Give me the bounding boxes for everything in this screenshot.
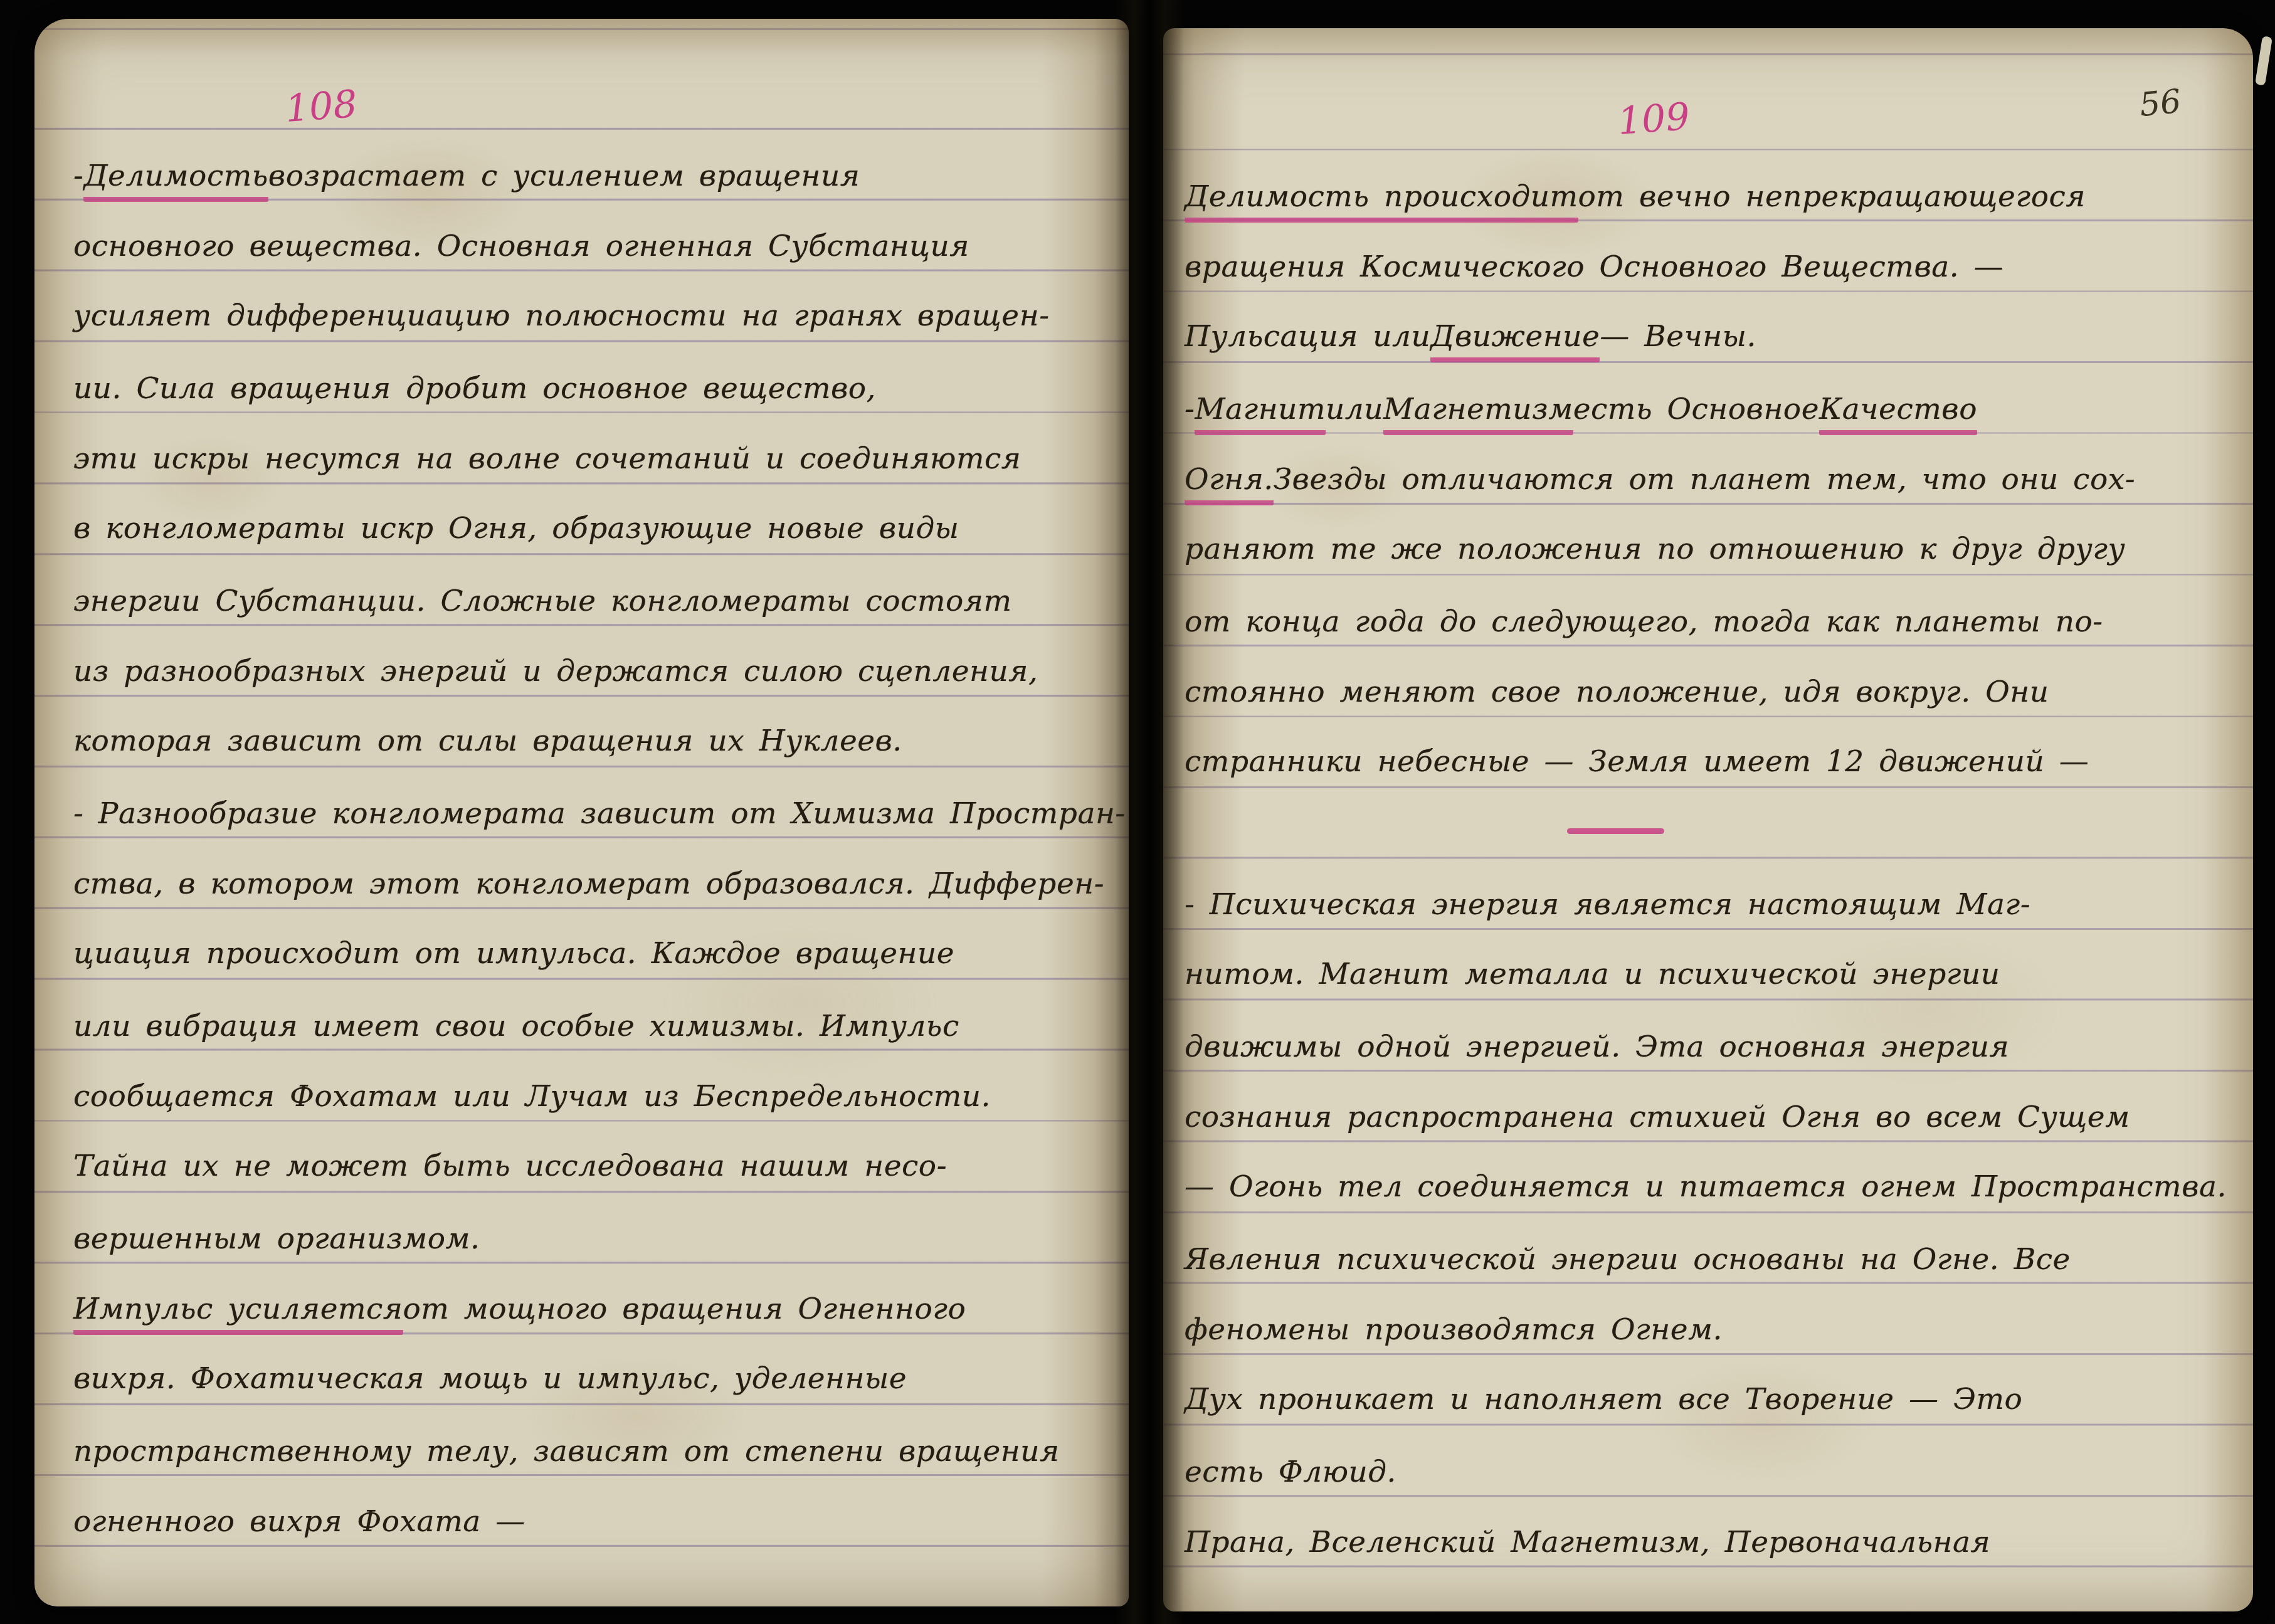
handwriting-text: раняют те же положения по отношению к др… xyxy=(1185,532,2125,566)
handwriting-text: ства, в котором этот конгломерат образов… xyxy=(73,867,1104,901)
manuscript-line: в конгломераты искр Огня, образующие нов… xyxy=(73,481,1121,552)
right-page: 109 56 Делимость происходит от вечно неп… xyxy=(1163,28,2253,1611)
handwriting-text: — Вечны. xyxy=(1600,319,1756,354)
manuscript-line: эти искры несутся на волне сочетаний и с… xyxy=(73,411,1121,482)
manuscript-line: Импульс усиляется от мощного вращения Ог… xyxy=(73,1262,1121,1332)
handwriting-text: от конца года до следующего, тогда как п… xyxy=(1185,604,2103,639)
handwriting-text: нитом. Магнит металла и психической энер… xyxy=(1185,957,2000,991)
pink-underlined-text: Импульс усиляется xyxy=(73,1292,403,1335)
manuscript-line: Дух проникает и наполняет все Творение —… xyxy=(1185,1352,2243,1423)
pink-underlined-text: Движение xyxy=(1430,319,1600,362)
adjacent-page-edge xyxy=(2255,36,2272,86)
manuscript-line: энергии Субстанции. Сложные конгломераты… xyxy=(73,554,1121,625)
handwriting-text: из разнообразных энергий и держатся сило… xyxy=(73,654,1038,688)
pink-underlined-text: Магнит xyxy=(1195,392,1326,435)
manuscript-line: или вибрация имеет свои особые химизмы. … xyxy=(73,979,1121,1050)
manuscript-line: Пульсация или Движение — Вечны. xyxy=(1185,289,2243,360)
manuscript-line: усиляет дифференциацию полюсности на гра… xyxy=(73,268,1121,339)
manuscript-line: вихря. Фохатическая мощь и импульс, удел… xyxy=(73,1331,1121,1402)
manuscript-line: - Разнообразие конгломерата зависит от Х… xyxy=(73,766,1121,837)
handwriting-text: - Разнообразие конгломерата зависит от Х… xyxy=(73,796,1126,831)
handwriting-text: есть Флюид. xyxy=(1185,1455,1396,1489)
manuscript-line: есть Флюид. xyxy=(1185,1425,2243,1495)
right-page-lines: Делимость происходит от вечно непрекраща… xyxy=(1185,149,2243,1566)
handwriting-text: сообщается Фохатам или Лучам из Беспреде… xyxy=(73,1079,991,1114)
handwriting-text: вершенным организмом. xyxy=(73,1221,480,1256)
handwriting-text: которая зависит от силы вращения их Нукл… xyxy=(73,724,902,758)
handwriting-text: Прана, Вселенский Магнетизм, Первоначаль… xyxy=(1185,1525,1990,1559)
pink-separator-dash xyxy=(1567,828,1664,834)
handwriting-text: или вибрация имеет свои особые химизмы. … xyxy=(73,1009,959,1043)
handwriting-text: — Огонь тел соединяется и питается огнем… xyxy=(1185,1169,2227,1204)
left-page-lines: - Делимость возрастает с усилением враще… xyxy=(73,128,1121,1545)
handwriting-text: - xyxy=(1185,392,1195,426)
handwriting-text: огненного вихря Фохата — xyxy=(73,1504,525,1539)
handwriting-text: - xyxy=(73,159,83,193)
handwriting-text: Дух проникает и наполняет все Творение —… xyxy=(1185,1382,2022,1416)
page-gutter xyxy=(1115,0,1184,1624)
handwriting-text: есть Основное xyxy=(1573,392,1819,426)
left-page-number: 108 xyxy=(284,82,359,131)
handwriting-text: феномены производятся Огнем. xyxy=(1185,1312,1723,1347)
manuscript-line: ии. Сила вращения дробит основное вещест… xyxy=(73,341,1121,412)
handwriting-text: - Психическая энергия является настоящим… xyxy=(1185,887,2030,922)
manuscript-line: циация происходит от импульса. Каждое вр… xyxy=(73,906,1121,977)
handwriting-text: циация происходит от импульса. Каждое вр… xyxy=(73,936,954,971)
manuscript-line: - Магнит или Магнетизм есть Основное Кач… xyxy=(1185,362,2243,433)
manuscript-line: ства, в котором этот конгломерат образов… xyxy=(73,836,1121,907)
handwriting-text: Явления психической энергии основаны на … xyxy=(1185,1242,2071,1277)
manuscript-line: Делимость происходит от вечно непрекраща… xyxy=(1185,149,2243,220)
handwriting-text: сознания распространена стихией Огня во … xyxy=(1185,1100,2130,1134)
handwriting-text: или xyxy=(1326,392,1383,426)
pink-underlined-text: Качество xyxy=(1819,392,1977,435)
handwriting-text: вращения Космического Основного Вещества… xyxy=(1185,250,2003,284)
manuscript-line: нитом. Магнит металла и психической энер… xyxy=(1185,927,2243,998)
notebook-scan: 108 - Делимость возрастает с усилением в… xyxy=(0,0,2275,1624)
manuscript-line: Явления психической энергии основаны на … xyxy=(1185,1212,2243,1283)
handwriting-text: ии. Сила вращения дробит основное вещест… xyxy=(73,371,876,406)
manuscript-line: пространственному телу, зависят от степе… xyxy=(73,1404,1121,1475)
pink-underlined-text: Делимость xyxy=(83,159,268,202)
handwriting-text: Пульсация или xyxy=(1185,319,1430,354)
handwriting-text: от вечно непрекращающегося xyxy=(1578,179,2086,214)
handwriting-text: движимы одной энергией. Эта основная эне… xyxy=(1185,1030,2009,1064)
left-page: 108 - Делимость возрастает с усилением в… xyxy=(34,19,1129,1606)
manuscript-line: сообщается Фохатам или Лучам из Беспреде… xyxy=(73,1049,1121,1120)
handwriting-text: вихря. Фохатическая мощь и импульс, удел… xyxy=(73,1361,907,1396)
handwriting-text: Тайна их не может быть исследована нашим… xyxy=(73,1149,947,1183)
manuscript-line: которая зависит от силы вращения их Нукл… xyxy=(73,693,1121,764)
manuscript-line: от конца года до следующего, тогда как п… xyxy=(1185,574,2243,645)
pink-underlined-text: Делимость происходит xyxy=(1185,179,1578,223)
handwriting-text: в конгломераты искр Огня, образующие нов… xyxy=(73,511,959,546)
handwriting-text: от мощного вращения Огненного xyxy=(403,1292,966,1326)
manuscript-line: - Делимость возрастает с усилением враще… xyxy=(73,129,1121,199)
pink-underlined-text: Огня. xyxy=(1185,462,1274,505)
manuscript-line: странники небесные — Земля имеет 12 движ… xyxy=(1185,714,2243,785)
manuscript-line: сознания распространена стихией Огня во … xyxy=(1185,1070,2243,1141)
corner-number: 56 xyxy=(2138,83,2183,125)
handwriting-text: возрастает с усилением вращения xyxy=(268,159,860,193)
handwriting-text: странники небесные — Земля имеет 12 движ… xyxy=(1185,744,2089,779)
manuscript-line: движимы одной энергией. Эта основная эне… xyxy=(1185,999,2243,1070)
manuscript-line xyxy=(1185,787,2243,858)
manuscript-line: — Огонь тел соединяется и питается огнем… xyxy=(1185,1139,2243,1210)
handwriting-text: Звезды отличаются от планет тем, что они… xyxy=(1274,462,2135,497)
manuscript-line: Огня. Звезды отличаются от планет тем, ч… xyxy=(1185,432,2243,503)
handwriting-text: эти искры несутся на волне сочетаний и с… xyxy=(73,441,1021,476)
right-page-number: 109 xyxy=(1617,95,1691,144)
manuscript-line: основного вещества. Основная огненная Су… xyxy=(73,199,1121,270)
manuscript-line: вращения Космического Основного Вещества… xyxy=(1185,219,2243,290)
manuscript-line: Прана, Вселенский Магнетизм, Первоначаль… xyxy=(1185,1495,2243,1566)
handwriting-text: энергии Субстанции. Сложные конгломераты… xyxy=(73,584,1011,618)
handwriting-text: пространственному телу, зависят от степе… xyxy=(73,1434,1060,1468)
pink-underlined-text: Магнетизм xyxy=(1383,392,1573,435)
manuscript-line: раняют те же положения по отношению к др… xyxy=(1185,502,2243,572)
manuscript-line: - Психическая энергия является настоящим… xyxy=(1185,857,2243,928)
handwriting-text: стоянно меняют свое положение, идя вокру… xyxy=(1185,675,2049,709)
handwriting-text: основного вещества. Основная огненная Су… xyxy=(73,229,969,263)
handwriting-text: усиляет дифференциацию полюсности на гра… xyxy=(73,298,1050,333)
manuscript-line: феномены производятся Огнем. xyxy=(1185,1282,2243,1353)
manuscript-line: вершенным организмом. xyxy=(73,1191,1121,1262)
manuscript-line: из разнообразных энергий и держатся сило… xyxy=(73,624,1121,695)
manuscript-line: стоянно меняют свое положение, идя вокру… xyxy=(1185,645,2243,715)
manuscript-line: огненного вихря Фохата — xyxy=(73,1474,1121,1545)
manuscript-line: Тайна их не может быть исследована нашим… xyxy=(73,1119,1121,1189)
